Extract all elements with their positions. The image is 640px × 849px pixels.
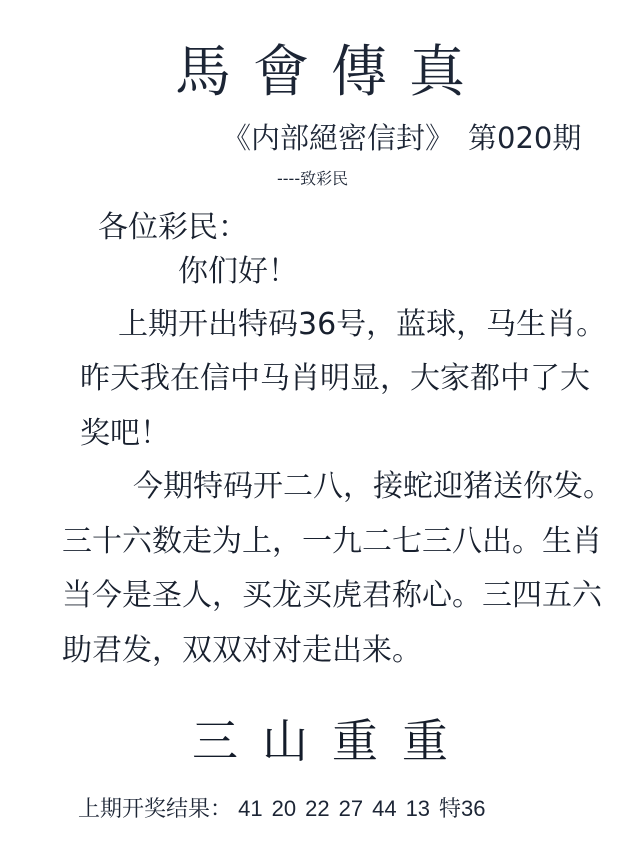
issue-number: 第020期: [468, 121, 581, 155]
letter-line: 上期开出特码36号，蓝球，马生肖。: [118, 310, 606, 340]
result-number: 13: [406, 796, 430, 821]
subtitle-line: 《内部絕密信封》第020期: [222, 116, 581, 157]
result-number: 20: [272, 796, 296, 821]
letter-line: 昨天我在信中马肖明显，大家都中了大: [80, 364, 590, 394]
letter-line: 今期特码开二八，接蛇迎猪送你发。: [133, 472, 613, 502]
letter-line: 奖吧！: [80, 419, 170, 449]
greeting: 各位彩民：: [98, 213, 248, 243]
result-number: 27: [339, 796, 363, 821]
letter-line: 三十六数走为上，一九二七三八出。生肖: [62, 527, 602, 557]
previous-results: 上期开奖结果： 412022274413特36: [78, 792, 486, 823]
special-number: 特36: [439, 796, 485, 821]
subtitle-text: 《内部絕密信封》: [222, 121, 454, 155]
salutation: 你们好！: [178, 257, 298, 287]
letter-line: 当今是圣人，买龙买虎君称心。三四五六: [62, 581, 602, 611]
results-label: 上期开奖结果：: [78, 797, 232, 822]
letter-line: 助君发，双双对对走出来。: [62, 636, 422, 666]
page-title: 馬會傳真: [0, 28, 640, 108]
result-number: 41: [238, 796, 262, 821]
highlight-phrase: 三山重重: [0, 705, 640, 771]
signature: ----致彩民: [277, 166, 348, 189]
result-number: 44: [372, 796, 396, 821]
result-number: 22: [305, 796, 329, 821]
